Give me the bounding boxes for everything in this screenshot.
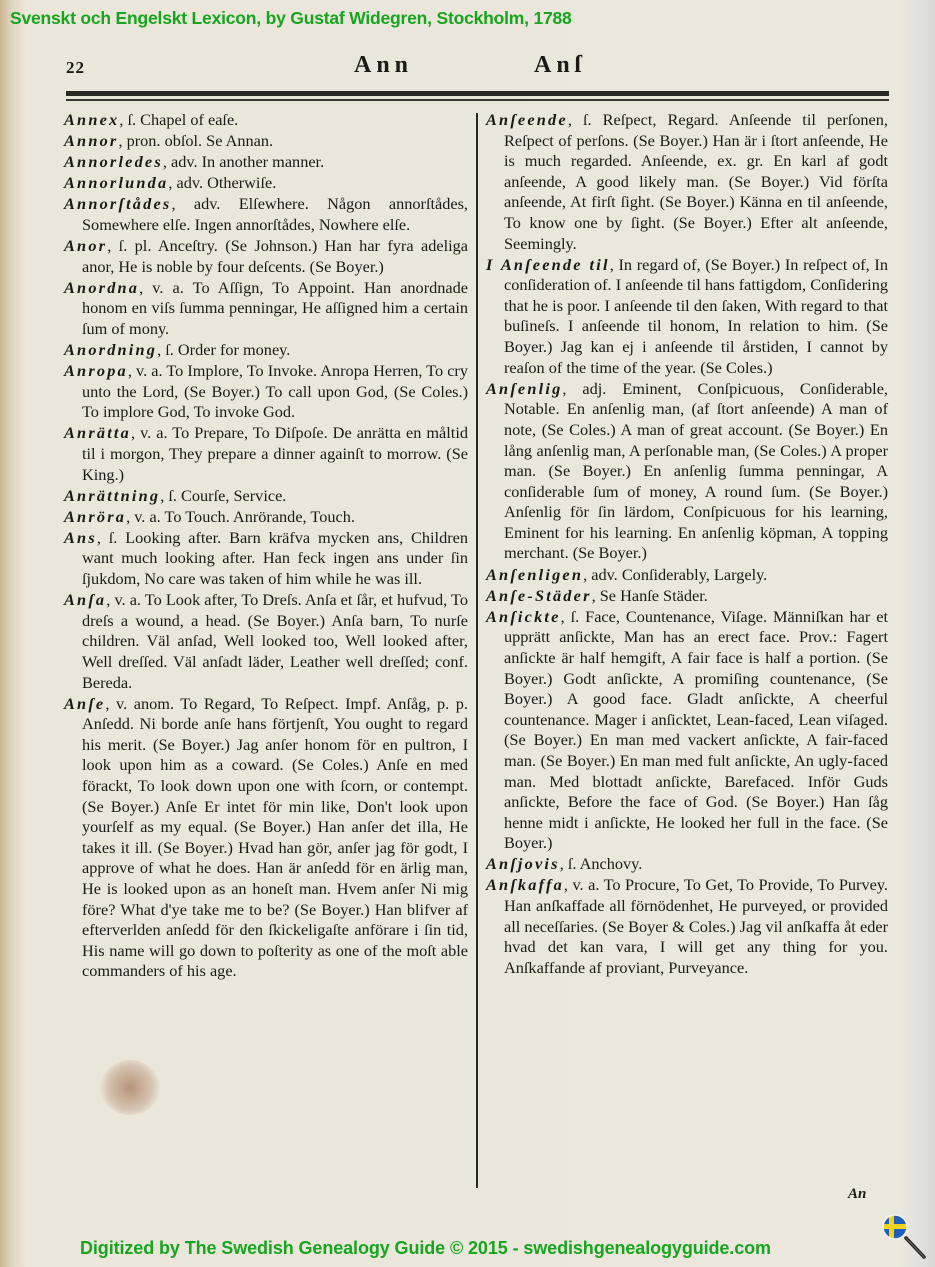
stain	[100, 1060, 160, 1115]
headword: Anſickte	[486, 607, 561, 626]
entry: Anſickte, ſ. Face, Countenance, Viſage. …	[486, 607, 888, 854]
definition: , adv. Conſiderably, Largely.	[583, 565, 767, 584]
entry: Anrättning, ſ. Courſe, Service.	[64, 486, 468, 507]
definition: , v. a. To Implore, To Invoke. Anropa He…	[82, 361, 468, 421]
headword: Anröra	[64, 507, 126, 526]
definition: , pron. obſol. Se Annan.	[118, 131, 273, 150]
definition: , ſ. Looking after. Barn kräfva mycken a…	[82, 528, 468, 588]
definition: , Se Hanſe Städer.	[592, 586, 708, 605]
definition: , ſ. Anchovy.	[560, 854, 643, 873]
page-number: 22	[66, 58, 85, 78]
definition: , ſ. Courſe, Service.	[160, 486, 286, 505]
entry: I Anſeende til, In regard of, (Se Boyer.…	[486, 255, 888, 379]
entry: Anſeende, ſ. Reſpect, Regard. Anſeende t…	[486, 110, 888, 254]
headword: Anſenlig	[486, 379, 562, 398]
definition: , ſ. Chapel of eaſe.	[119, 110, 238, 129]
definition: , v. a. To Aſſign, To Appoint. Han anord…	[82, 278, 468, 338]
headword: Anordna	[64, 278, 139, 297]
entry: Anröra, v. a. To Touch. Anrörande, Touch…	[64, 507, 468, 528]
definition: , ſ. Face, Countenance, Viſage. Männiſka…	[504, 607, 888, 853]
headword: Anſa	[64, 590, 106, 609]
page-header: 22 Ann Anſ	[66, 52, 888, 82]
header-rule-thin	[66, 99, 889, 101]
definition: , adv. Otherwiſe.	[168, 173, 276, 192]
catchword: An	[848, 1186, 866, 1203]
headword: Anſe	[64, 694, 105, 713]
entry: Anordning, ſ. Order for money.	[64, 340, 468, 361]
column-divider	[476, 113, 478, 1188]
headword: Annorledes	[64, 152, 163, 171]
entry: Anor, ſ. pl. Anceſtry. (Se Johnson.) Han…	[64, 236, 468, 277]
watermark-title: Svenskt och Engelskt Lexicon, by Gustaf …	[10, 8, 935, 29]
watermark-footer: Digitized by The Swedish Genealogy Guide…	[80, 1238, 935, 1259]
entry: Annorlunda, adv. Otherwiſe.	[64, 173, 468, 194]
entry: Anropa, v. a. To Implore, To Invoke. Anr…	[64, 361, 468, 423]
definition: , v. anom. To Regard, To Reſpect. Impf. …	[82, 694, 468, 981]
swedish-flag-magnifier-icon	[880, 1212, 928, 1260]
headword: Annex	[64, 110, 119, 129]
headword: Anrätta	[64, 423, 131, 442]
headword: Annorſtådes	[64, 194, 171, 213]
definition: , ſ. Order for money.	[157, 340, 290, 359]
entry: Annorſtådes, adv. Elſewhere. Någon annor…	[64, 194, 468, 235]
definition: , v. a. To Look after, To Dreſs. Anſa et…	[82, 590, 468, 691]
headword: Ans	[64, 528, 97, 547]
entry: Anordna, v. a. To Aſſign, To Appoint. Ha…	[64, 278, 468, 340]
headword: Annorlunda	[64, 173, 168, 192]
entry: Anſe, v. anom. To Regard, To Reſpect. Im…	[64, 694, 468, 982]
right-column: Anſeende, ſ. Reſpect, Regard. Anſeende t…	[486, 110, 888, 979]
headword: Anſeende	[486, 110, 568, 129]
running-head-right: Anſ	[534, 52, 586, 79]
running-head-left: Ann	[354, 52, 413, 79]
entry: Anſa, v. a. To Look after, To Dreſs. Anſ…	[64, 590, 468, 693]
headword: Anropa	[64, 361, 128, 380]
headword: I Anſeende til	[486, 255, 610, 274]
headword: Anſkaffa	[486, 875, 564, 894]
definition: , adv. In another manner.	[163, 152, 324, 171]
entry: Annorledes, adv. In another manner.	[64, 152, 468, 173]
headword: Anrättning	[64, 486, 160, 505]
left-column: Annex, ſ. Chapel of eaſe. Annor, pron. o…	[64, 110, 468, 982]
entry: Anſjovis, ſ. Anchovy.	[486, 854, 888, 875]
entry: Annor, pron. obſol. Se Annan.	[64, 131, 468, 152]
entry: Anſenlig, adj. Eminent, Conſpicuous, Con…	[486, 379, 888, 564]
entry: Anrätta, v. a. To Prepare, To Diſpoſe. D…	[64, 423, 468, 485]
entry: Annex, ſ. Chapel of eaſe.	[64, 110, 468, 131]
headword: Anordning	[64, 340, 157, 359]
entry: Anſe-Städer, Se Hanſe Städer.	[486, 586, 888, 607]
headword: Anſe-Städer	[486, 586, 592, 605]
definition: , adj. Eminent, Conſpicuous, Conſiderabl…	[504, 379, 888, 563]
headword: Annor	[64, 131, 118, 150]
headword: Anſenligen	[486, 565, 583, 584]
entry: Anſkaffa, v. a. To Procure, To Get, To P…	[486, 875, 888, 978]
definition: , v. a. To Touch. Anrörande, Touch.	[126, 507, 355, 526]
headword: Anſjovis	[486, 854, 560, 873]
entry: Ans, ſ. Looking after. Barn kräfva mycke…	[64, 528, 468, 590]
definition: , ſ. Reſpect, Regard. Anſeende til perſo…	[504, 110, 888, 253]
definition: , v. a. To Prepare, To Diſpoſe. De anrät…	[82, 423, 468, 483]
header-rule-thick	[66, 91, 889, 96]
entry: Anſenligen, adv. Conſiderably, Largely.	[486, 565, 888, 586]
headword: Anor	[64, 236, 107, 255]
definition: , ſ. pl. Anceſtry. (Se Johnson.) Han har…	[82, 236, 468, 276]
